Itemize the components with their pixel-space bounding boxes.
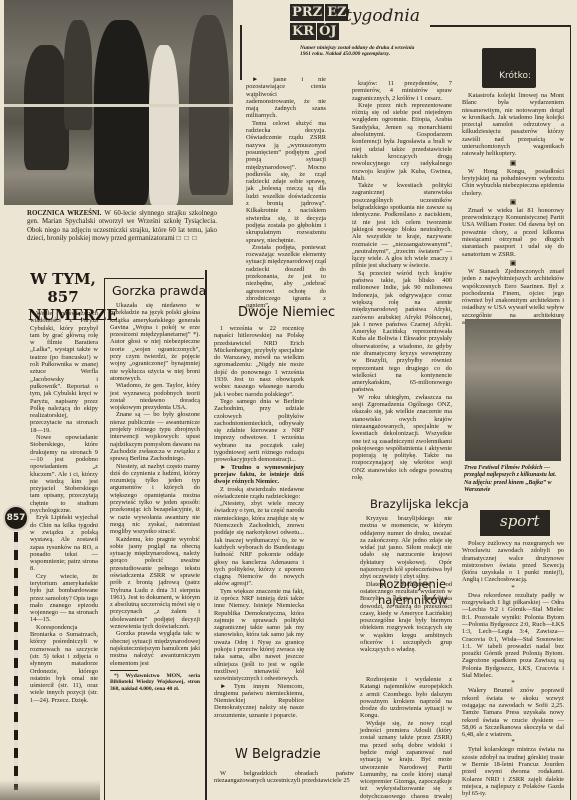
belgrade-text: W belgradzkich obradach państw niezaanga… bbox=[214, 770, 354, 785]
photo-caption: ROCZNICA WRZEŚNI. W 60-lecie słynnego st… bbox=[27, 210, 217, 244]
sport-badge: sport bbox=[480, 510, 550, 536]
grass-illustration bbox=[0, 780, 100, 800]
two-germanies-heading: Dwoje Niemiec bbox=[238, 305, 335, 320]
sign-pole bbox=[14, 532, 18, 790]
caption-end-marks: □ □ □ bbox=[176, 235, 197, 242]
caption-headline: ROCZNICA WRZEŚNI. bbox=[27, 210, 101, 217]
cinema-caption: Trwa Festiwal Filmów Polskich — przegląd… bbox=[464, 465, 564, 494]
belgrade-heading: W Belgradzie bbox=[235, 747, 321, 762]
brazil-heading: Brazylijska lekcja bbox=[370, 497, 469, 511]
disarmament-heading: Rozbrojenie najemników bbox=[370, 576, 455, 608]
cinema-bajka-photo bbox=[465, 319, 561, 461]
in-this-issue-text: Wedle najświeższych wiadomości z Paryża … bbox=[30, 310, 98, 704]
section-title: tygodnia bbox=[345, 6, 420, 26]
bitter-truth-heading: Gorzka prawda bbox=[112, 283, 206, 298]
magazine-page: ROCZNICA WRZEŚNI. W 60-lecie słynnego st… bbox=[0, 0, 577, 800]
publication-note: Numer niniejszy został oddany do druku 4… bbox=[300, 45, 420, 57]
frame-divider bbox=[240, 25, 242, 80]
przez-kraj-logo: PRZEZ KRÓJ bbox=[290, 4, 338, 42]
footnote-rule bbox=[110, 670, 138, 671]
bitter-truth-box-edge bbox=[205, 270, 207, 800]
issue-number-sign: 857 bbox=[3, 505, 29, 531]
briefly-column: Katastrofa kolejki linowej na Mont Blanc… bbox=[462, 92, 564, 326]
two-germanies-text: 1 września w 22 rocznicę napaści hitlero… bbox=[214, 325, 304, 719]
sport-column: Polscy żużlowcy na rozegranych we Wrocła… bbox=[462, 540, 564, 798]
footnote: *) Wydawnictwo MON, seria Biblioteki Wie… bbox=[110, 673, 200, 692]
briefly-badge: Krótko: bbox=[482, 48, 536, 88]
belgrade-continued: krajów: 11 prezydentów, 7 premierów, 4 m… bbox=[352, 80, 452, 481]
ribbon-cutting-photo bbox=[4, 0, 233, 205]
disarmament-text: Rozbrojenie i wydalenie z Katangi najemn… bbox=[360, 676, 452, 800]
bitter-truth-text: Ukazała się niedawno w przekładzie na ję… bbox=[110, 302, 200, 692]
nuclear-article: ► jasne i nie pozostawiające cienia wątp… bbox=[246, 76, 326, 310]
